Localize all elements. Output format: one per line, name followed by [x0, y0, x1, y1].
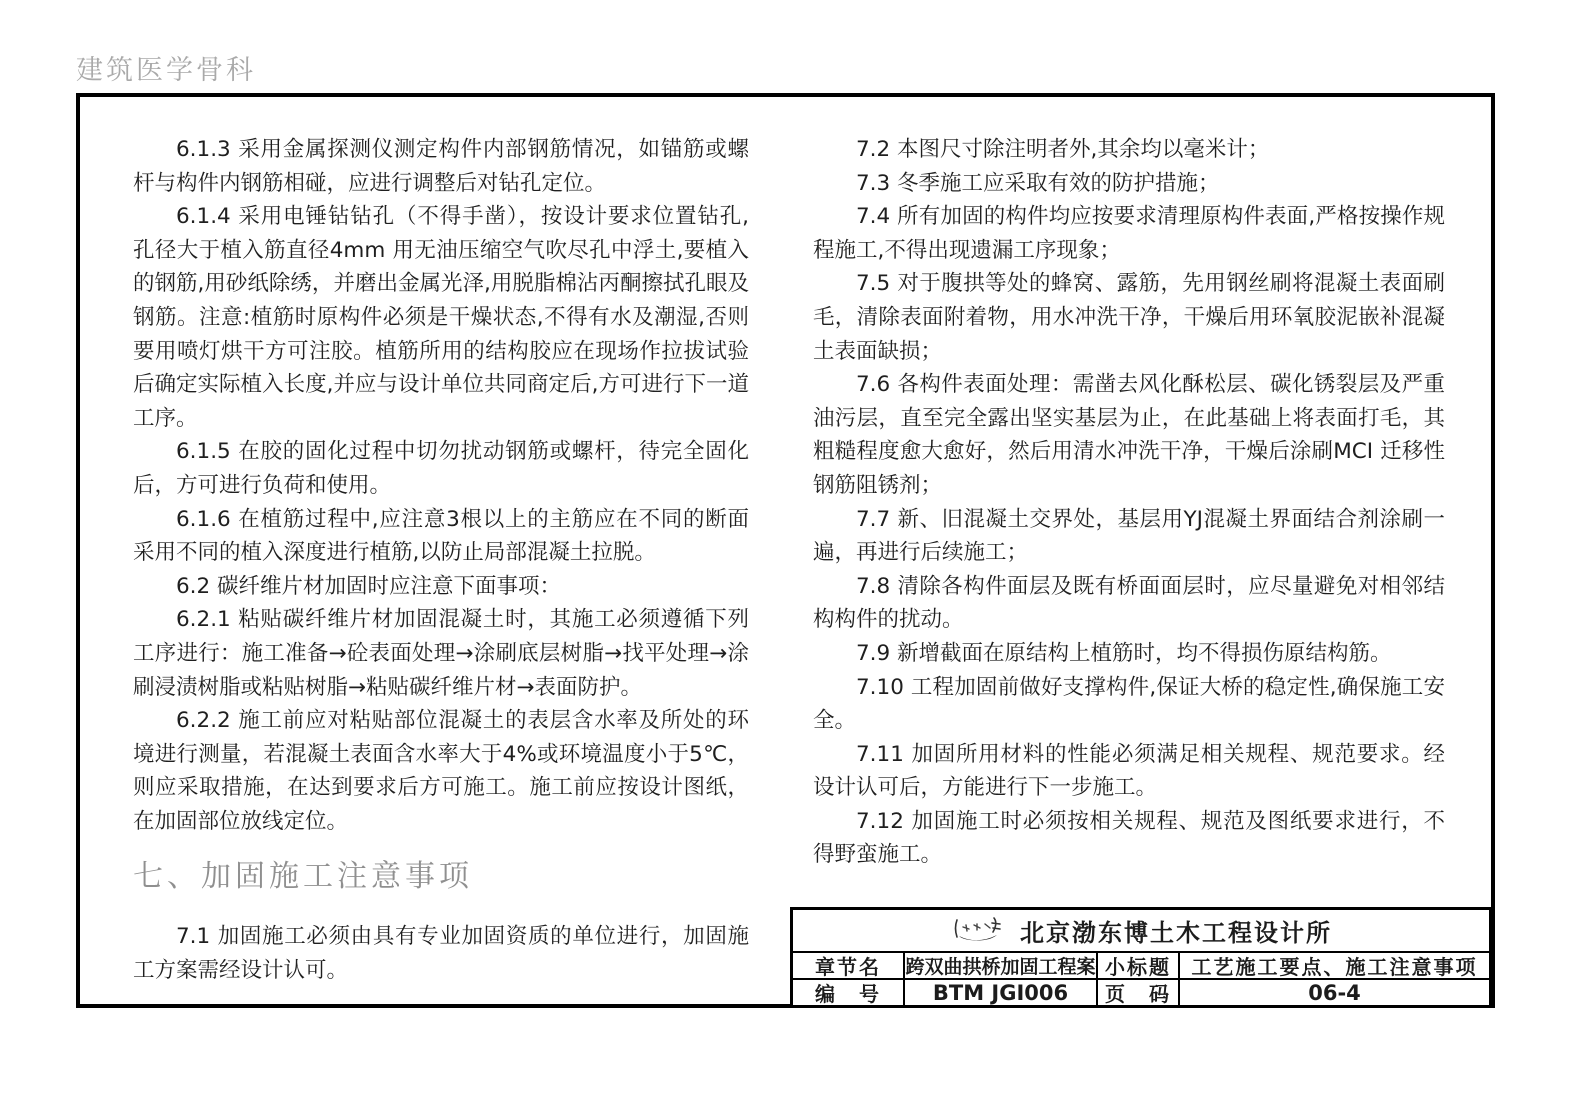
- paragraph: 7.11 加固所用材料的性能必须满足相关规程、规范要求。经设计认可后，方能进行下…: [813, 738, 1445, 805]
- title-block: 北京渤东博土木工程设计所 章节名 多跨双曲拱桥加固工程案例 小标题 工艺施工要点…: [790, 907, 1492, 1008]
- paragraph: 7.3 冬季施工应采取有效的防护措施；: [813, 167, 1445, 201]
- paragraph: 7.12 加固施工时必须按相关规程、规范及图纸要求进行，不得野蛮施工。: [813, 805, 1445, 872]
- field-label-page: 页 码: [1096, 978, 1178, 1005]
- page-frame: 6.1.3 采用金属探测仪测定构件内部钢筋情况，如锚筋或螺杆与构件内钢筋相碰，应…: [76, 93, 1495, 1008]
- field-value-chapter: 多跨双曲拱桥加固工程案例: [903, 951, 1096, 978]
- paragraph: 6.2.1 粘贴碳纤维片材加固混凝土时，其施工必须遵循下列工序进行：施工准备→砼…: [133, 603, 749, 704]
- field-value-page: 06-4: [1178, 978, 1489, 1005]
- paragraph: 6.2.2 施工前应对粘贴部位混凝土的表层含水率及所处的环境进行测量，若混凝土表…: [133, 704, 749, 838]
- section-heading: 七、加固施工注意事项: [133, 860, 749, 894]
- field-label-subtitle: 小标题: [1096, 951, 1178, 978]
- paragraph: 7.10 工程加固前做好支撑构件,保证大桥的稳定性,确保施工安全。: [813, 671, 1445, 738]
- paragraph: 7.5 对于腹拱等处的蜂窝、露筋，先用钢丝刷将混凝土表面刷毛，清除表面附着物，用…: [813, 267, 1445, 368]
- boshuo-signature-logo-icon: [950, 916, 1008, 946]
- watermark: 建筑医学骨科: [76, 48, 256, 87]
- paragraph: 7.4 所有加固的构件均应按要求清理原构件表面,严格按操作规程施工,不得出现遗漏…: [813, 200, 1445, 267]
- document-page: 建筑医学骨科 6.1.3 采用金属探测仪测定构件内部钢筋情况，如锚筋或螺杆与构件…: [0, 0, 1571, 1098]
- paragraph: 7.6 各构件表面处理：需凿去风化酥松层、碳化锈裂层及严重油污层，直至完全露出坚…: [813, 368, 1445, 502]
- paragraph: 6.1.4 采用电锤钻钻孔（不得手凿），按设计要求位置钻孔,孔径大于植入筋直径4…: [133, 200, 749, 435]
- field-value-subtitle: 工艺施工要点、施工注意事项: [1178, 951, 1489, 978]
- company-name: 北京渤东博土木工程设计所: [1020, 913, 1332, 948]
- paragraph: 7.7 新、旧混凝土交界处，基层用YJ混凝土界面结合剂涂刷一遍，再进行后续施工；: [813, 503, 1445, 570]
- paragraph: 6.2 碳纤维片材加固时应注意下面事项：: [133, 570, 749, 604]
- field-value-number: BTM JGI006: [903, 978, 1096, 1005]
- title-block-header: 北京渤东博土木工程设计所: [793, 910, 1489, 951]
- left-column: 6.1.3 采用金属探测仪测定构件内部钢筋情况，如锚筋或螺杆与构件内钢筋相碰，应…: [133, 133, 749, 987]
- paragraph: 6.1.3 采用金属探测仪测定构件内部钢筋情况，如锚筋或螺杆与构件内钢筋相碰，应…: [133, 133, 749, 200]
- paragraph: 7.8 清除各构件面层及既有桥面面层时，应尽量避免对相邻结构构件的扰动。: [813, 570, 1445, 637]
- field-label-number: 编 号: [793, 978, 903, 1005]
- paragraph: 6.1.5 在胶的固化过程中切勿扰动钢筋或螺杆，待完全固化后，方可进行负荷和使用…: [133, 435, 749, 502]
- paragraph: 6.1.6 在植筋过程中,应注意3根以上的主筋应在不同的断面采用不同的植入深度进…: [133, 503, 749, 570]
- paragraph: 7.2 本图尺寸除注明者外,其余均以毫米计；: [813, 133, 1445, 167]
- paragraph: 7.9 新增截面在原结构上植筋时，均不得损伤原结构筋。: [813, 637, 1445, 671]
- field-label-chapter: 章节名: [793, 951, 903, 978]
- paragraph: 7.1 加固施工必须由具有专业加固资质的单位进行，加固施工方案需经设计认可。: [133, 920, 749, 987]
- right-column: 7.2 本图尺寸除注明者外,其余均以毫米计； 7.3 冬季施工应采取有效的防护措…: [813, 133, 1445, 872]
